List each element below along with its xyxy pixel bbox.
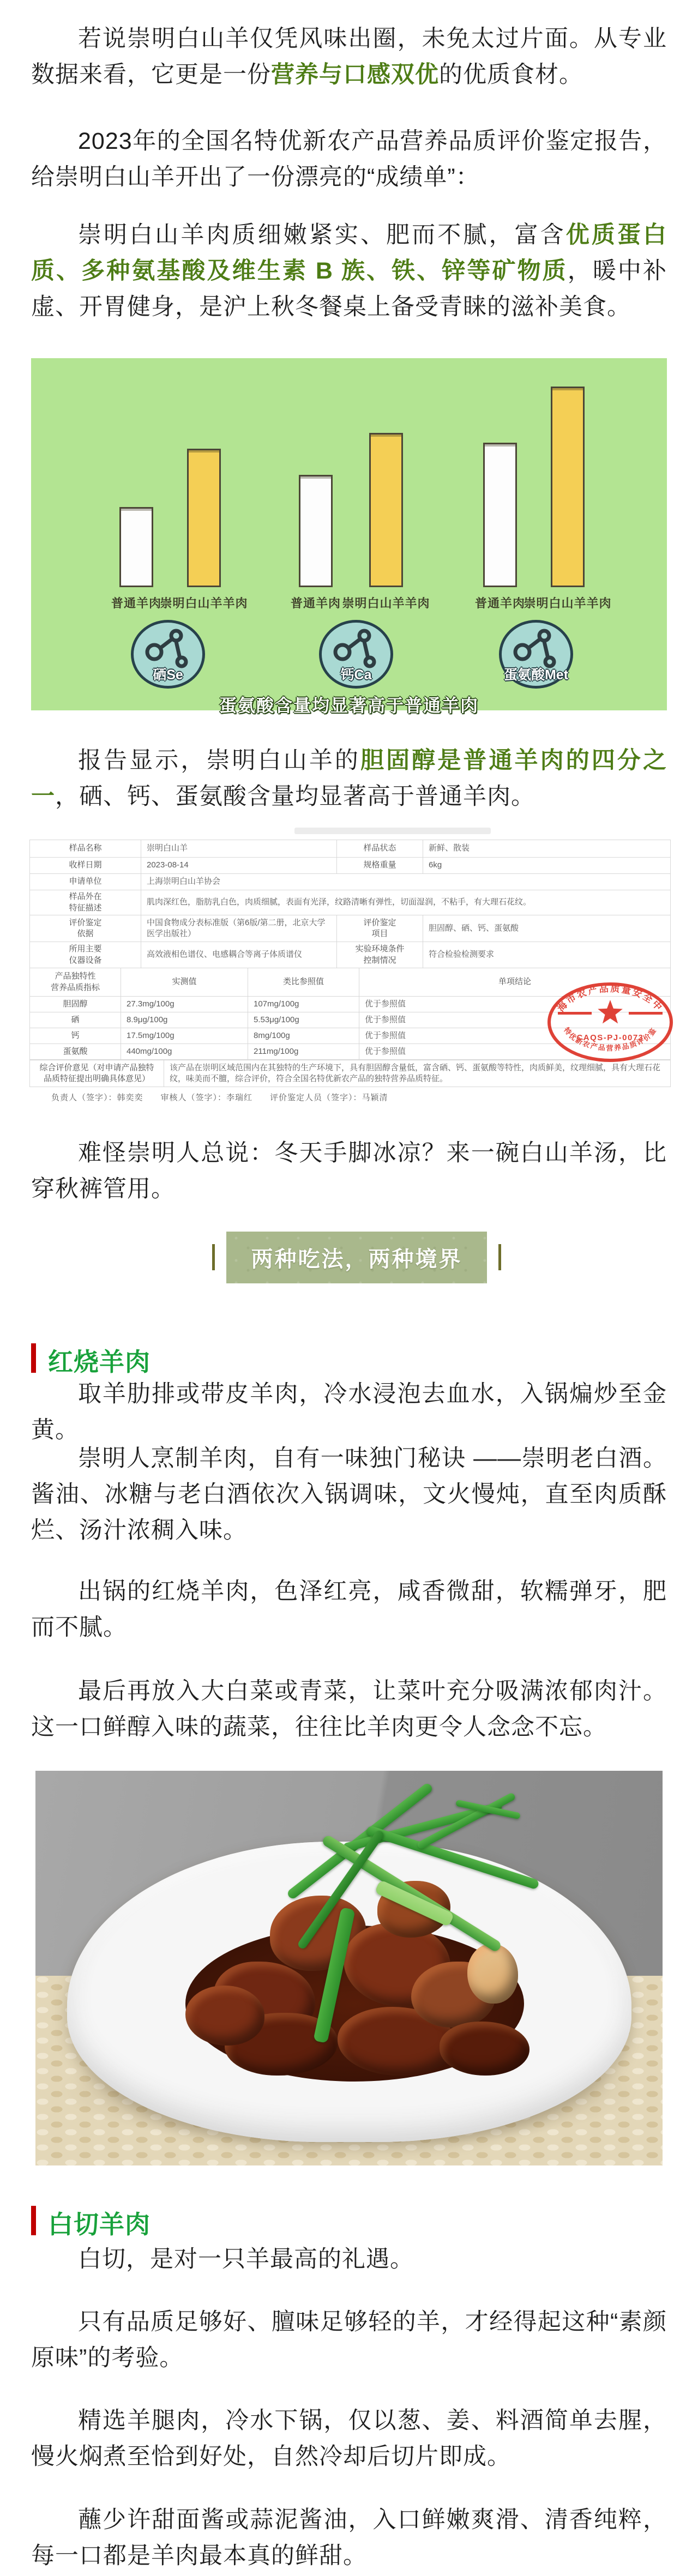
summary-label: 综合评价意见（对申请产品独特 品质特征提出明确具体意见） [30,1060,164,1087]
meat-chunk [185,1986,264,2046]
calcium-label: 钙Ca [322,664,390,684]
bar-label-ordinary: 普通羊肉 [475,594,525,611]
cell-value: 2023-08-14 [141,858,337,874]
white-plate [67,1842,631,2141]
table-row: 样品名称 崇明白山羊 样品状态 新鲜、散装 [30,840,671,858]
cell-value: 符合检验检测要求 [423,942,671,968]
p1-text-end: 的优质食材。 [439,62,583,88]
cell-value: 中国食物成分表标准版（第6版/第二册，北京大学医学出版社） [141,915,337,942]
selenium-badge: 硒Se [131,620,205,689]
cell-label: 收样日期 [30,858,141,874]
cell-value: 肌肉深红色，脂肪乳白色，肉质细腻，表面有光泽，纹路清晰有弹性，切面湿润，不粘手，… [141,890,671,915]
p3-text: 崇明白山羊肉质细嫩紧实、肥而不腻，富含 [78,222,566,248]
report-info-table: 样品名称 崇明白山羊 样品状态 新鲜、散装 收样日期 2023-08-14 规格… [29,840,671,968]
paragraph-s2p1: 白切，是对一只羊最高的礼遇。 [31,2241,667,2277]
cell-value: 高效液相色谱仪、电感耦合等离子体质谱仪 [141,942,337,968]
cell-label: 所用主要 仪器设备 [30,942,141,968]
banner-right-tick [498,1244,501,1270]
cell-value: 6kg [423,858,671,874]
paragraph-s1p4: 最后再放入大白菜或青菜，让菜叶充分吸满浓郁肉汁。这一口鲜醇入味的蔬菜，往往比羊肉… [31,1673,667,1745]
paragraph-s2p3: 精选羊腿肉，冷水下锅，仅以葱、姜、料酒简单去腥，慢火焖煮至恰到好处，自然冷却后切… [31,2403,667,2475]
fat-piece [467,1944,518,2004]
section2-accent-bar [31,2206,36,2235]
bar-label-ordinary: 普通羊肉 [291,594,341,611]
cell-reference: 8mg/100g [248,1028,359,1044]
cell-indicator: 胆固醇 [30,997,121,1012]
methionine-label: 蛋氨酸Met [502,664,570,684]
cell-label: 评价鉴定 项目 [337,915,423,942]
bar-ordinary-met [483,443,517,587]
cell-measured: 8.9μg/100g [121,1012,248,1028]
paragraph-s2p2: 只有品质足够好、膻味足够轻的羊，才经得起这种“素颜原味”的考验。 [31,2304,667,2376]
methionine-badge: 蛋氨酸Met [499,620,573,689]
signature-line: 负责人（签字）：韩奕奕 审核人（签字）：李瑞红 评价鉴定人员（签字）：马颖清 [51,1091,388,1103]
table-row: 样品外在 特征描述 肌肉深红色，脂肪乳白色，肉质细腻，表面有光泽，纹路清晰有弹性… [30,890,671,915]
cell-indicator: 蛋氨酸 [30,1044,121,1060]
p1-highlight: 营养与口感双优 [271,62,439,88]
paragraph-p4: 报告显示，崇明白山羊的胆固醇是普通羊肉的四分之一，硒、钙、蛋氨酸含量均显著高于普… [31,743,667,815]
paragraph-s1p3: 出锅的红烧羊肉，色泽红亮，咸香微甜，软糯弹牙，肥而不腻。 [31,1573,667,1645]
bar-label-ordinary: 普通羊肉 [111,594,161,611]
cell-reference: 211mg/100g [248,1044,359,1060]
nutrition-comparison-chart: 普通羊肉 崇明白山羊羊肉 普通羊肉 崇明白山羊羊肉 普通羊肉 崇明白山羊羊肉 硒… [31,358,667,710]
column-header: 类比参照值 [248,968,359,997]
section1-accent-bar [31,1343,36,1373]
bar-label-chongming: 崇明白山羊羊肉 [342,594,430,611]
cell-indicator: 钙 [30,1028,121,1044]
stamp-top-text: 上海市农产品质量安全中心 [544,979,665,1013]
column-header: 实测值 [121,968,248,997]
table-row: 所用主要 仪器设备 高效液相色谱仪、电感耦合等离子体质谱仪 实验环境条件 控制情… [30,942,671,968]
cell-indicator: 硒 [30,1012,121,1028]
stamp-right-line [629,1012,663,1015]
table-row: 收样日期 2023-08-14 规格重量 6kg [30,858,671,874]
certification-stamp: 上海市农产品质量安全中心 名特优新农产品营养品质评价鉴定 CAQS-PJ-007… [544,979,676,1065]
paragraph-p1: 若说崇明白山羊仅凭风味出圈，未免太过片面。从专业数据来看，它更是一份营养与口感双… [31,21,667,93]
p4-text-end: ，硒、钙、蛋氨酸含量均显著高于普通羊肉。 [55,783,535,810]
column-header: 产品独特性 营养品质指标 [30,968,121,997]
chart-caption: 蛋氨酸含量均显著高于普通羊肉 [31,692,667,717]
cell-label: 实验环境条件 控制情况 [337,942,423,968]
paragraph-p3: 崇明白山羊肉质细嫩紧实、肥而不腻，富含优质蛋白质、多种氨基酸及维生素 B 族、铁… [31,217,667,325]
cell-label: 样品名称 [30,840,141,858]
bar-chongming-ca [369,433,403,587]
cell-measured: 27.3mg/100g [121,997,248,1012]
cell-label: 评价鉴定 依据 [30,915,141,942]
braised-lamb-photo [35,1771,663,2165]
cell-value: 新鲜、散装 [423,840,671,858]
paragraph-s1p1: 取羊肋排或带皮羊肉，冷水浸泡去血水，入锅煸炒至金黄。 [31,1376,667,1448]
stamp-left-line [558,1012,592,1015]
cell-label: 样品外在 特征描述 [30,890,141,915]
cell-measured: 17.5mg/100g [121,1028,248,1044]
cropped-report-title [294,828,491,834]
bar-ordinary-se [119,507,153,587]
section1-title: 红烧羊肉 [48,1342,151,1378]
stamp-code: CAQS-PJ-0073 [576,1033,643,1042]
star-icon [598,1000,623,1023]
cell-value: 崇明白山羊 [141,840,337,858]
banner-title: 两种吃法，两种境界 [251,1242,462,1273]
bar-chongming-se [187,449,221,587]
section-banner: 两种吃法，两种境界 [226,1232,487,1283]
cell-value: 上海崇明白山羊协会 [141,874,671,890]
cell-measured: 440mg/100g [121,1044,248,1060]
bar-chongming-met [551,387,585,587]
paragraph-s1p2: 崇明人烹制羊肉，自有一味独门秘诀 ——崇明老白酒。酱油、冰糖与老白酒依次入锅调味… [31,1440,667,1548]
bar-label-chongming: 崇明白山羊羊肉 [160,594,248,611]
banner-left-tick [212,1244,215,1270]
article-page: 若说崇明白山羊仅凭风味出圈，未免太过片面。从专业数据来看，它更是一份营养与口感双… [0,0,698,2576]
cell-reference: 5.53μg/100g [248,1012,359,1028]
cell-reference: 107mg/100g [248,997,359,1012]
table-row: 评价鉴定 依据 中国食物成分表标准版（第6版/第二册，北京大学医学出版社） 评价… [30,915,671,942]
table-row: 申请单位 上海崇明白山羊协会 [30,874,671,890]
bar-label-chongming: 崇明白山羊羊肉 [523,594,611,611]
cell-label: 申请单位 [30,874,141,890]
paragraph-s2p4: 蘸少许甜面酱或蒜泥酱油，入口鲜嫩爽滑、清香纯粹，每一口都是羊肉最本真的鲜甜。 [31,2502,667,2574]
cell-label: 样品状态 [337,840,423,858]
cell-value: 胆固醇、硒、钙、蛋氨酸 [423,915,671,942]
cell-label: 规格重量 [337,858,423,874]
paragraph-p5: 难怪崇明人总说：冬天手脚冰凉？来一碗白山羊汤，比穿秋裤管用。 [31,1135,667,1207]
paragraph-p2: 2023年的全国名特优新农产品营养品质评价鉴定报告，给崇明白山羊开出了一份漂亮的… [31,123,667,195]
meat-chunk [440,2022,530,2076]
calcium-badge: 钙Ca [319,620,393,689]
p4-text: 报告显示，崇明白山羊的 [78,747,360,774]
bar-ordinary-ca [299,475,333,587]
selenium-label: 硒Se [134,664,202,684]
section2-title: 白切羊肉 [48,2205,151,2241]
